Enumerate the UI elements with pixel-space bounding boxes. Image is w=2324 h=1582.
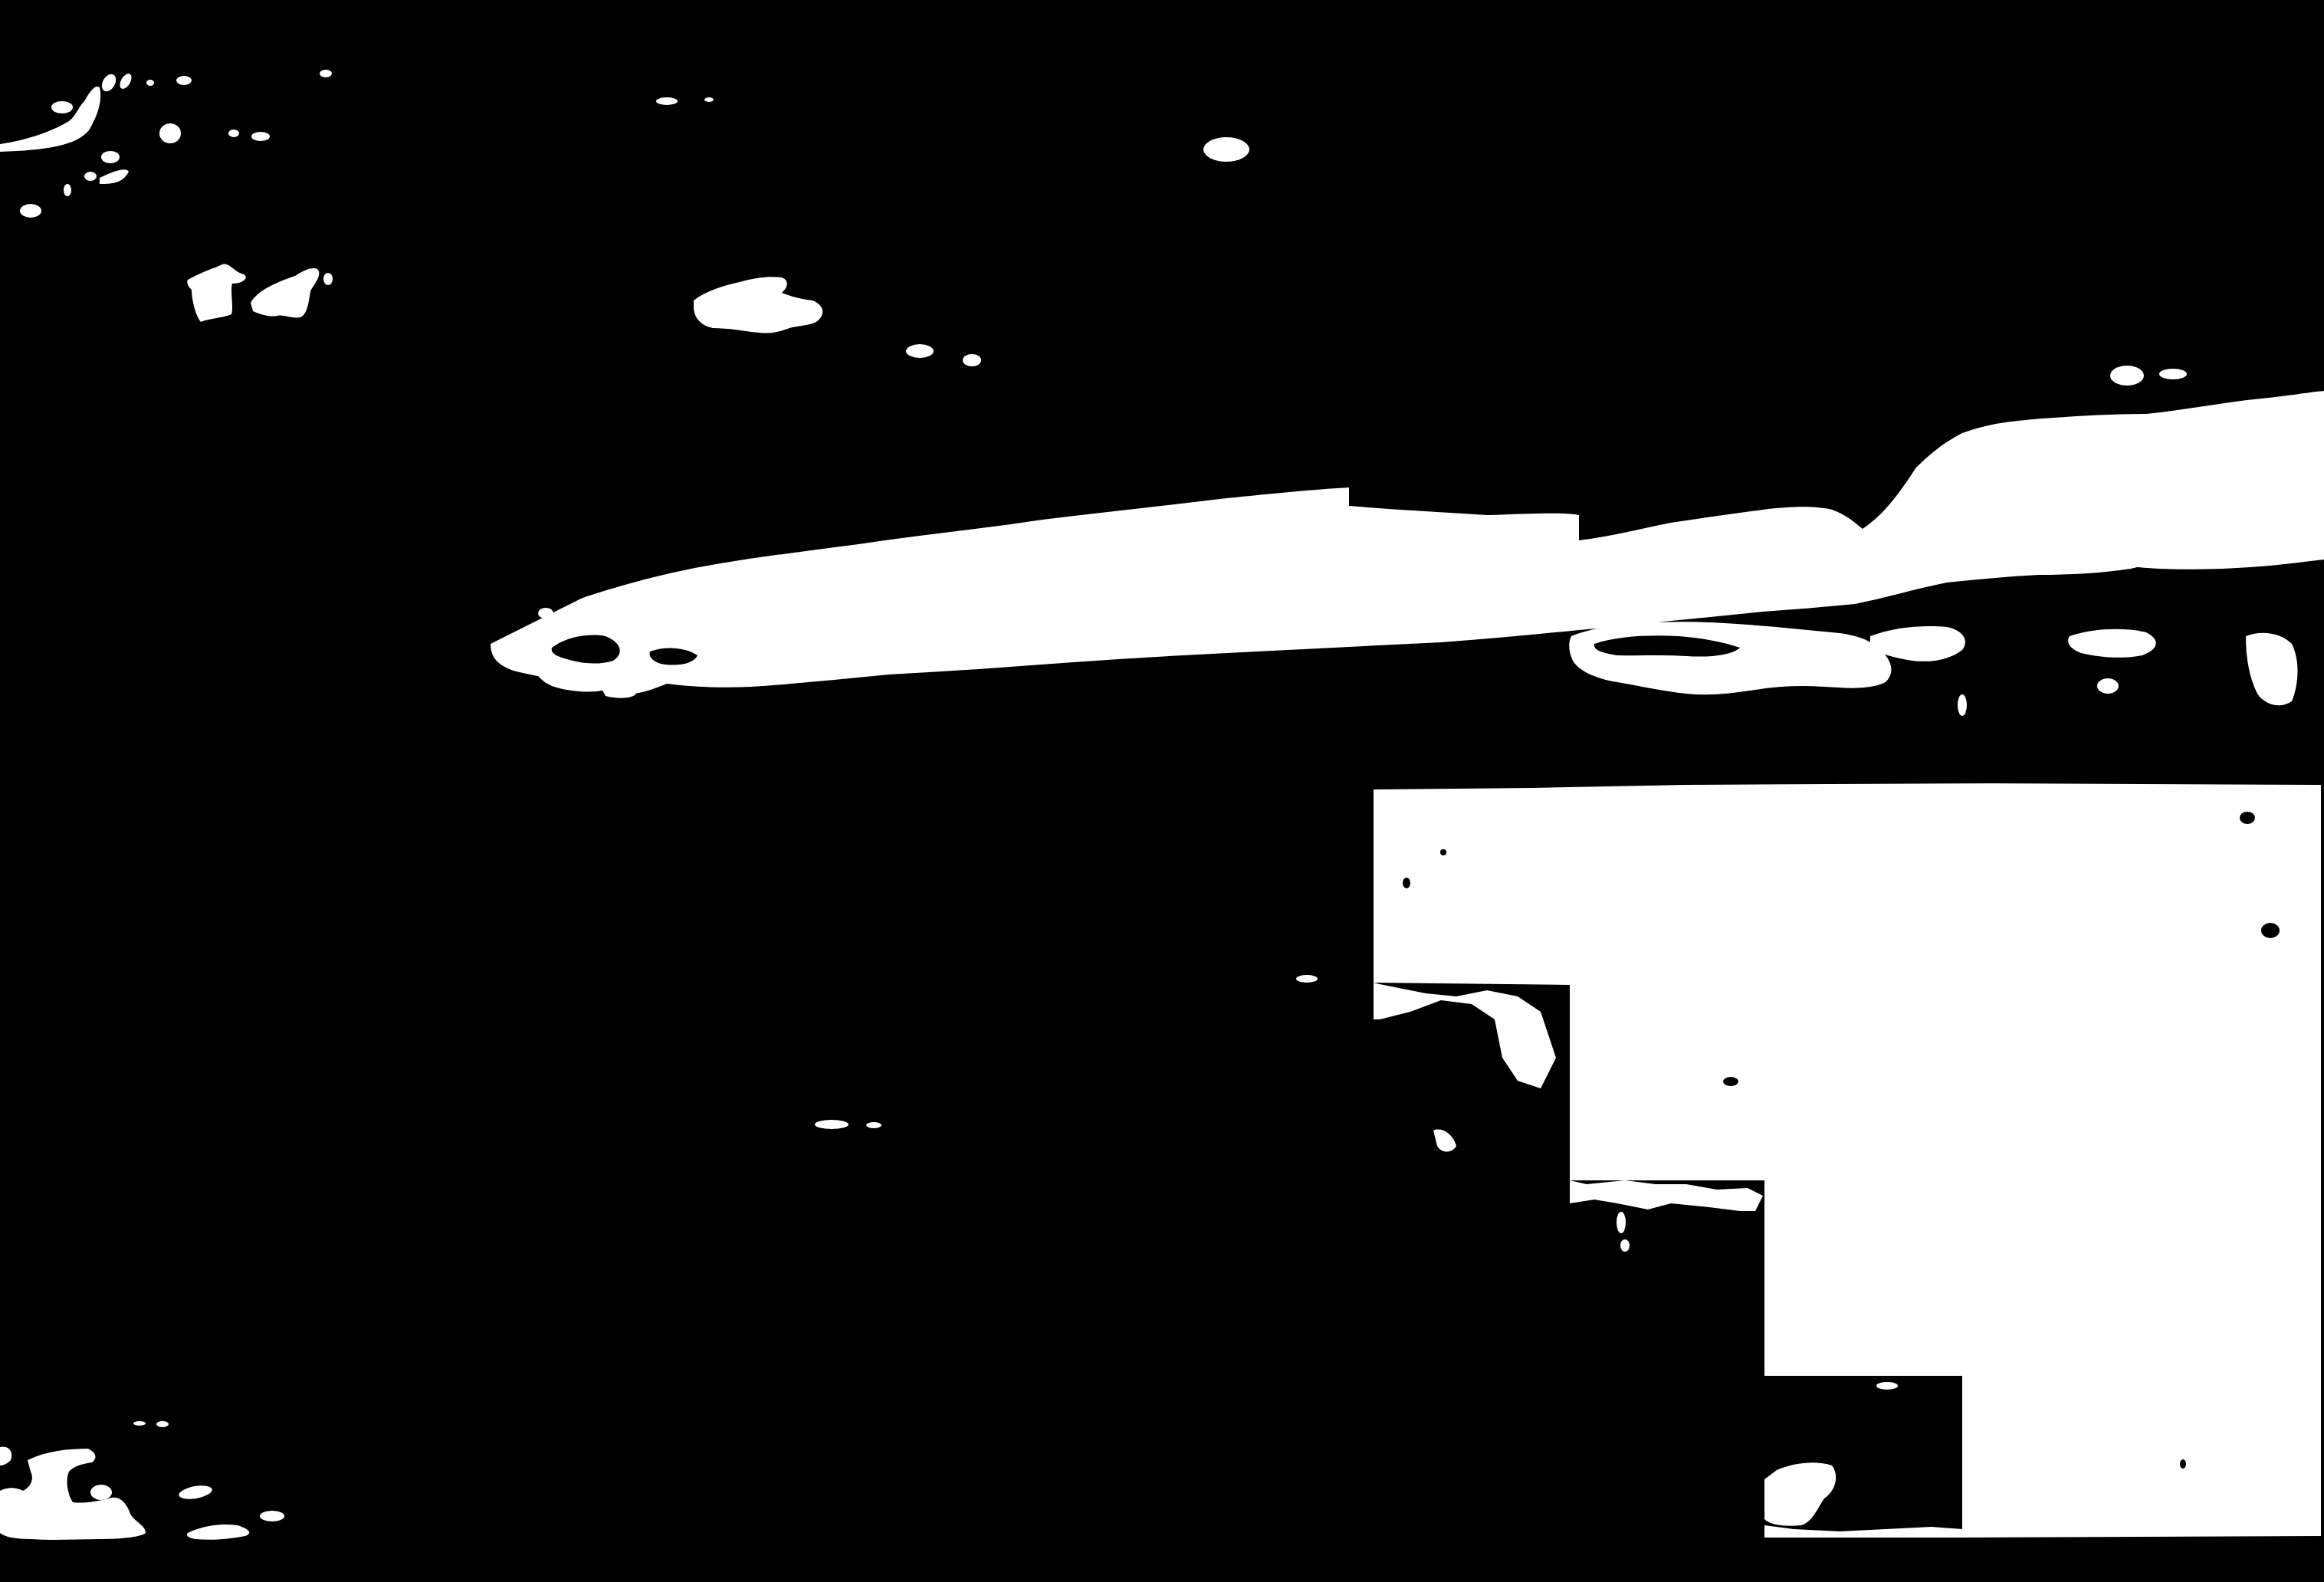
segmentation-mask (0, 0, 2324, 1582)
